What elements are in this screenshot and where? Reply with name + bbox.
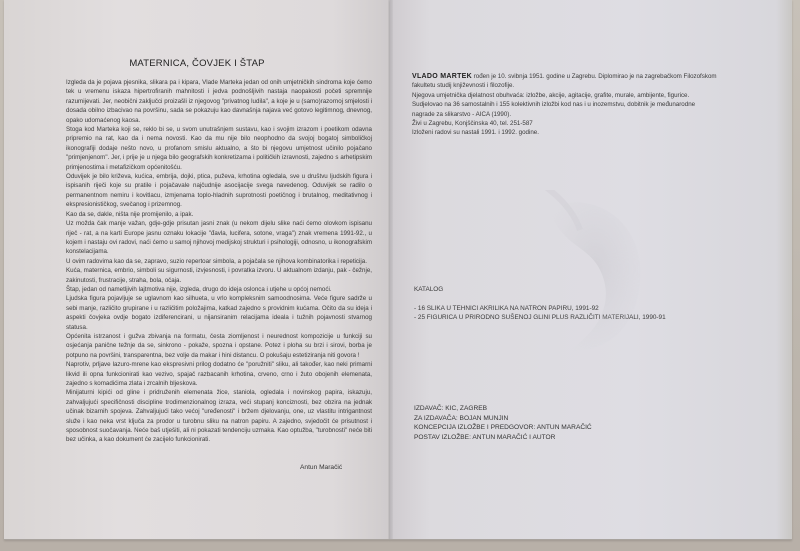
- essay-paragraph: Općenita istrzanost i gužva zbivanja na …: [66, 332, 372, 360]
- artist-bio: VLADO MARTEK rođen je 10. svibnja 1951. …: [412, 72, 717, 138]
- left-page: MATERNICA, ČOVJEK I ŠTAP Izgleda da je p…: [4, 0, 390, 540]
- essay-paragraph: Stoga kod Marteka koji se, reklo bi se, …: [66, 125, 372, 172]
- catalog-section: KATALOG - 16 SLIKA U TEHNICI AKRILIKA NA…: [414, 285, 714, 323]
- bio-line: Izloženi radovi su nastali 1991. i 1992.…: [412, 128, 717, 137]
- essay-signature: Antun Maračić: [300, 464, 342, 471]
- essay-body: Izgleda da je pojava pjesnika, slikara p…: [66, 78, 372, 445]
- essay-paragraph: Uz možda čak manje važan, gdje-gdje pris…: [66, 219, 372, 257]
- credit-line: KONCEPCIJA IZLOŽBE I PREDGOVOR: ANTUN MA…: [414, 423, 714, 433]
- bio-line: Sudjelovao na 36 samostalnih i 155 kolek…: [412, 100, 717, 119]
- credit-line: POSTAV IZLOŽBE: ANTUN MARAČIĆ I AUTOR: [414, 433, 714, 443]
- essay-paragraph: Kao da se, dakle, ništa nije promijenilo…: [66, 210, 372, 219]
- catalog-item: - 25 FIGURICA U PRIRODNO SUŠENOJ GLINI P…: [414, 313, 714, 323]
- essay-paragraph: Ljudska figura pojavljuje se uglavnom ka…: [66, 294, 372, 332]
- right-page: VLADO MARTEK rođen je 10. svibnja 1951. …: [390, 0, 792, 540]
- bio-intro: VLADO MARTEK rođen je 10. svibnja 1951. …: [412, 72, 717, 91]
- bio-line: Njegova umjetnička djelatnost obuhvaća: …: [412, 91, 717, 100]
- credits-section: IZDAVAČ: KIC, ZAGREB ZA IZDAVAČA: BOJAN …: [414, 404, 714, 442]
- artist-name: VLADO MARTEK: [412, 73, 472, 80]
- essay-paragraph: U ovim radovima kao da se, zapravo, suzi…: [66, 257, 372, 266]
- essay-paragraph: Štap, jedan od nametljivih lajtmotiva ni…: [66, 285, 372, 294]
- catalogue-spread: MATERNICA, ČOVJEK I ŠTAP Izgleda da je p…: [4, 0, 798, 540]
- catalog-item: - 16 SLIKA U TEHNICI AKRILIKA NA NATRON …: [414, 304, 714, 314]
- credit-line: ZA IZDAVAČA: BOJAN MUNJIN: [414, 414, 714, 424]
- catalog-heading: KATALOG: [414, 285, 714, 295]
- bio-line: Živi u Zagrebu, Konjščinska 40, tel. 251…: [412, 119, 717, 128]
- essay-paragraph: Kuća, maternica, embrio, simboli su sigu…: [66, 266, 372, 285]
- essay-paragraph: Izgleda da je pojava pjesnika, slikara p…: [66, 78, 372, 125]
- book-spine: [388, 0, 393, 540]
- essay-paragraph: Oduvijek je bilo križeva, kućica, embrij…: [66, 172, 372, 210]
- essay-title: MATERNICA, ČOVJEK I ŠTAP: [4, 58, 390, 69]
- credit-line: IZDAVAČ: KIC, ZAGREB: [414, 404, 714, 414]
- essay-paragraph: Naprotiv, prljave lazuro-mrene kao ekspr…: [66, 360, 372, 388]
- essay-paragraph: Minijaturni kipići od gline i pridruženi…: [66, 388, 372, 444]
- page-bottom-edge: [4, 539, 792, 540]
